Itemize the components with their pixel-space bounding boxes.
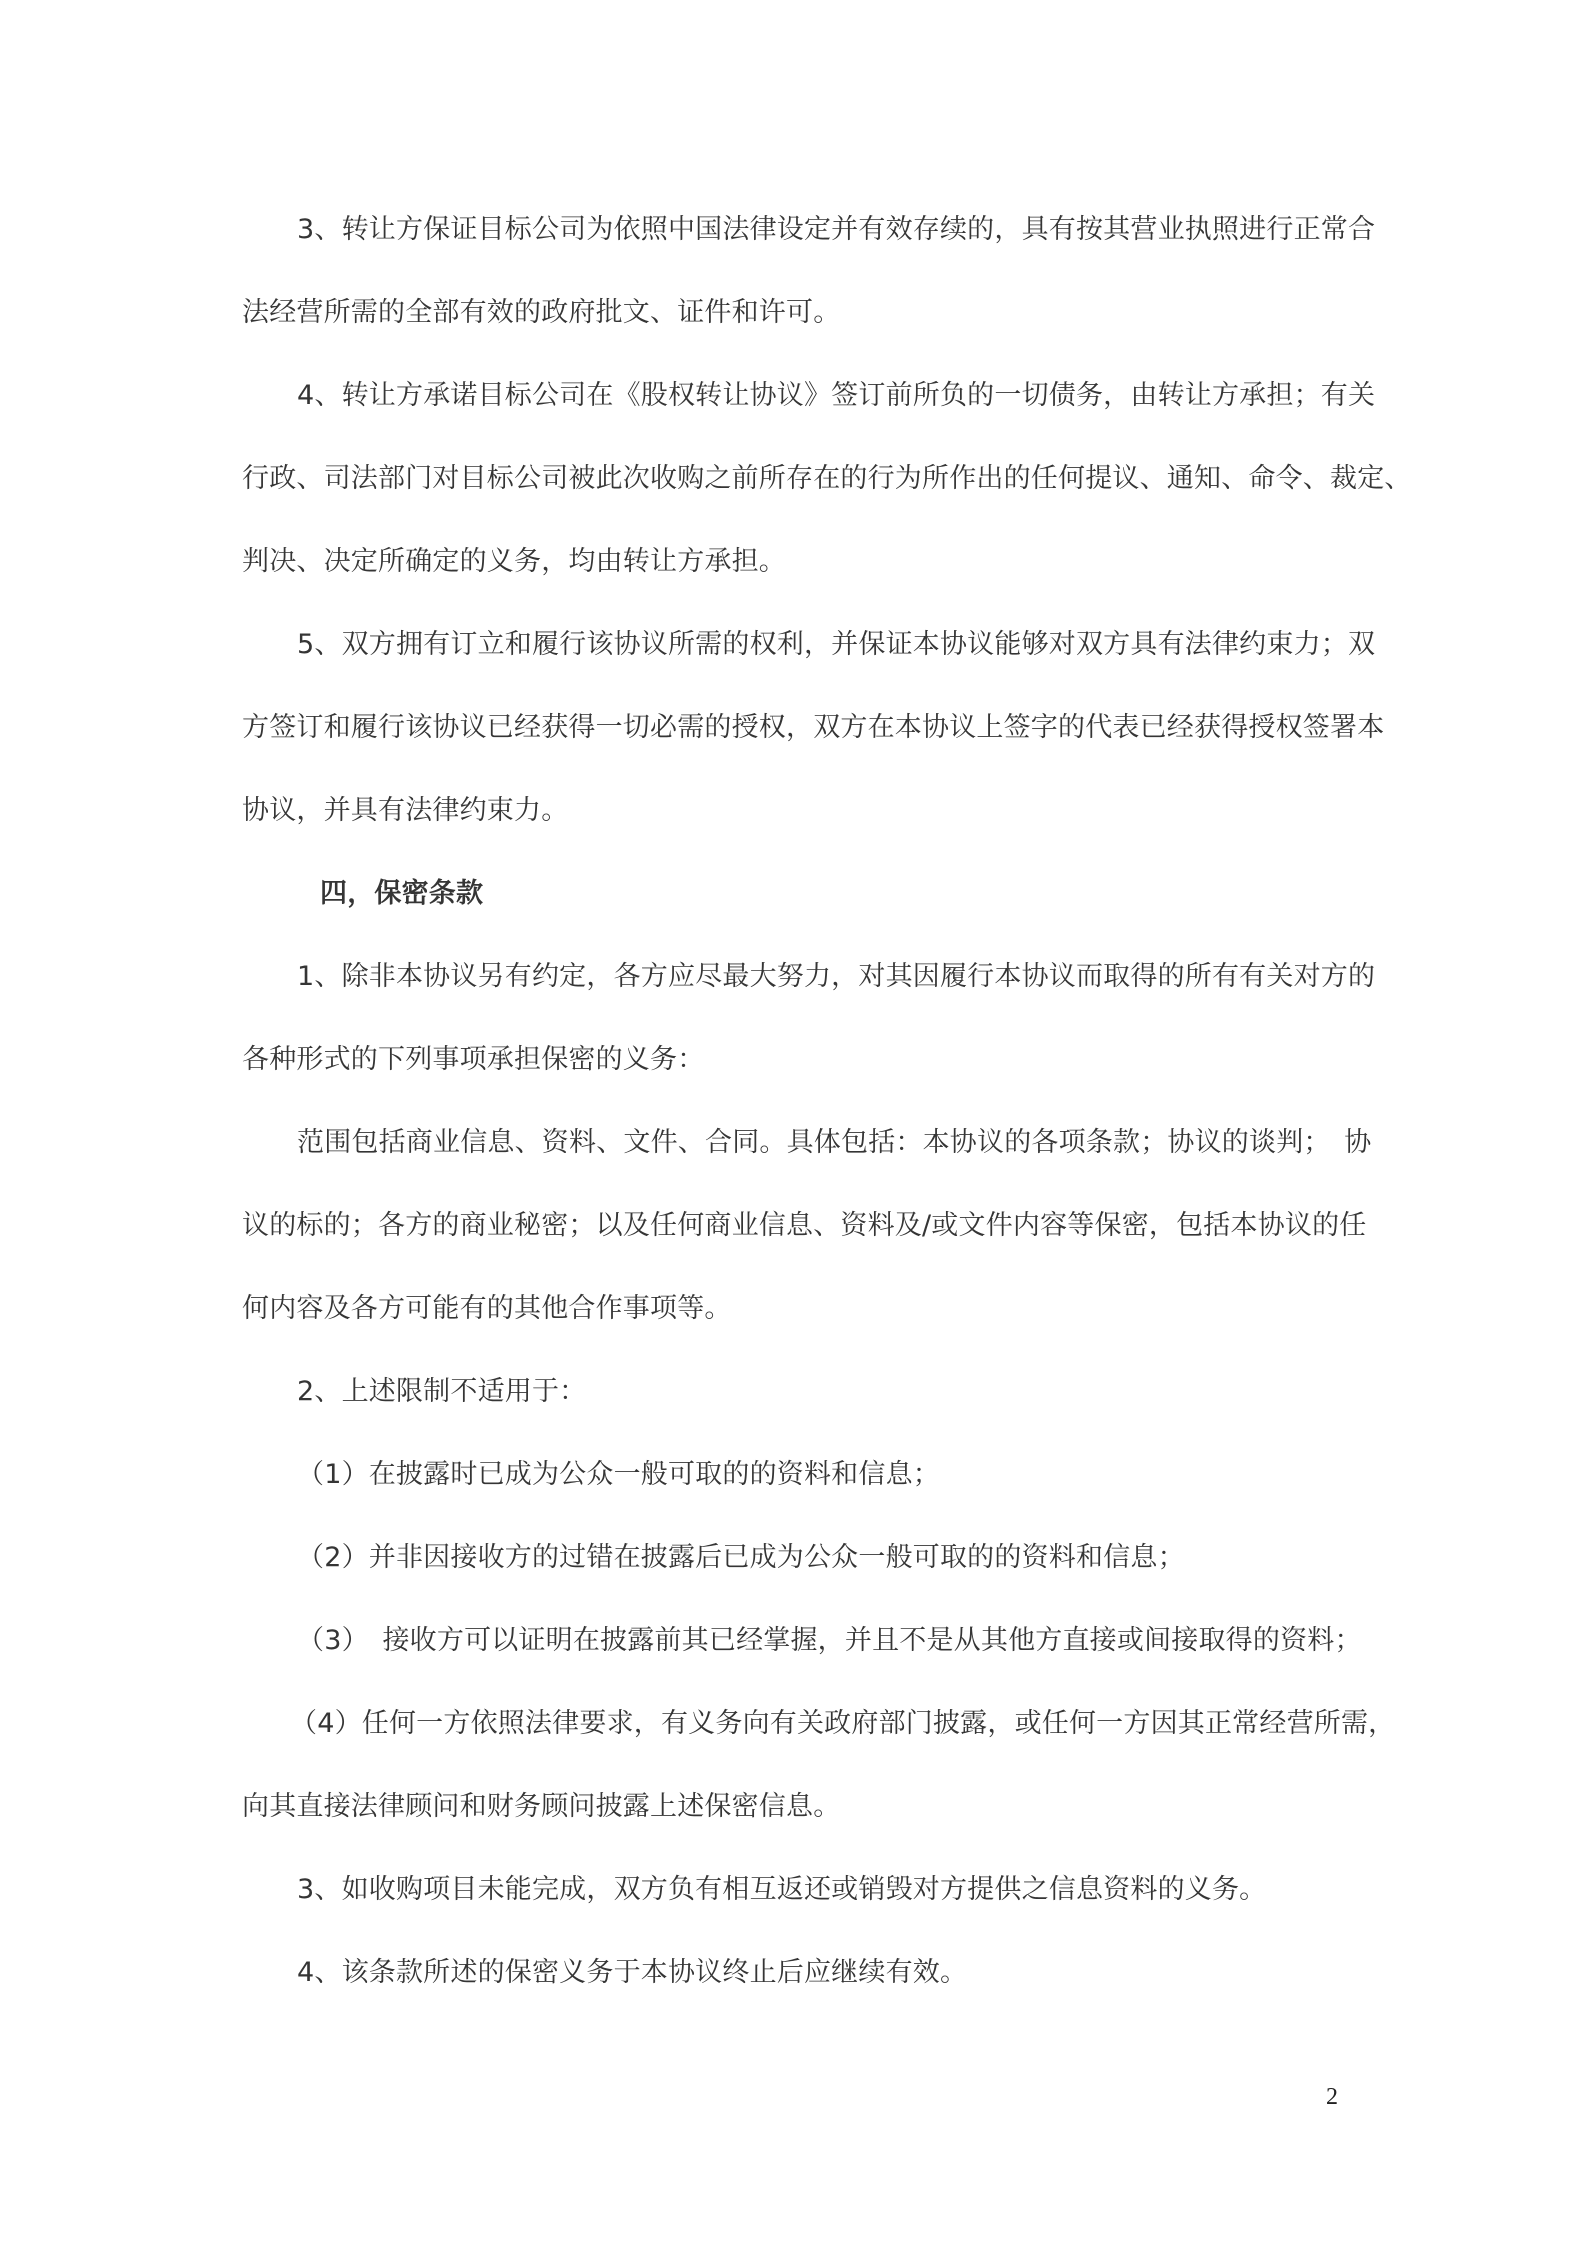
paragraph-line: 各种形式的下列事项承担保密的义务：	[242, 1040, 1345, 1080]
section-heading: 四，保密条款	[320, 874, 1423, 914]
paragraph-line: 法经营所需的全部有效的政府批文、证件和许可。	[242, 293, 1345, 333]
paragraph-line: 方签订和履行该协议已经获得一切必需的授权，双方在本协议上签字的代表已经获得授权签…	[242, 708, 1345, 748]
paragraph-line: 4、该条款所述的保密义务于本协议终止后应继续有效。	[297, 1953, 1345, 1993]
paragraph-line: 5、双方拥有订立和履行该协议所需的权利，并保证本协议能够对双方具有法律约束力；双	[297, 625, 1345, 665]
list-item: （4）任何一方依照法律要求，有义务向有关政府部门披露，或任何一方因其正常经营所需…	[290, 1704, 1345, 1744]
paragraph-line: 协议，并具有法律约束力。	[242, 791, 1345, 831]
list-item: （3） 接收方可以证明在披露前其已经掌握，并且不是从其他方直接或间接取得的资料；	[297, 1621, 1345, 1661]
paragraph-line: 何内容及各方可能有的其他合作事项等。	[242, 1289, 1345, 1329]
list-item: （2）并非因接收方的过错在披露后已成为公众一般可取的的资料和信息；	[297, 1538, 1345, 1578]
list-item: （1）在披露时已成为公众一般可取的的资料和信息；	[297, 1455, 1345, 1495]
paragraph-line: 3、转让方保证目标公司为依照中国法律设定并有效存续的，具有按其营业执照进行正常合	[297, 210, 1345, 250]
paragraph-line: 议的标的；各方的商业秘密；以及任何商业信息、资料及/或文件内容等保密，包括本协议…	[242, 1206, 1345, 1246]
paragraph-line: 向其直接法律顾问和财务顾问披露上述保密信息。	[242, 1787, 1345, 1827]
paragraph-line: 3、如收购项目未能完成，双方负有相互返还或销毁对方提供之信息资料的义务。	[297, 1870, 1345, 1910]
paragraph-line: 1、除非本协议另有约定，各方应尽最大努力，对其因履行本协议而取得的所有有关对方的	[297, 957, 1345, 997]
page-number: 2	[1326, 2084, 1338, 2111]
paragraph-line: 判决、决定所确定的义务，均由转让方承担。	[242, 542, 1345, 582]
document-page: 3、转让方保证目标公司为依照中国法律设定并有效存续的，具有按其营业执照进行正常合…	[0, 0, 1586, 2244]
paragraph-line: 4、转让方承诺目标公司在《股权转让协议》签订前所负的一切债务，由转让方承担；有关	[297, 376, 1345, 416]
paragraph-line: 2、上述限制不适用于：	[297, 1372, 1345, 1412]
paragraph-line: 行政、司法部门对目标公司被此次收购之前所存在的行为所作出的任何提议、通知、命令、…	[242, 459, 1345, 499]
paragraph-line: 范围包括商业信息、资料、文件、合同。具体包括：本协议的各项条款；协议的谈判； 协	[297, 1123, 1345, 1163]
